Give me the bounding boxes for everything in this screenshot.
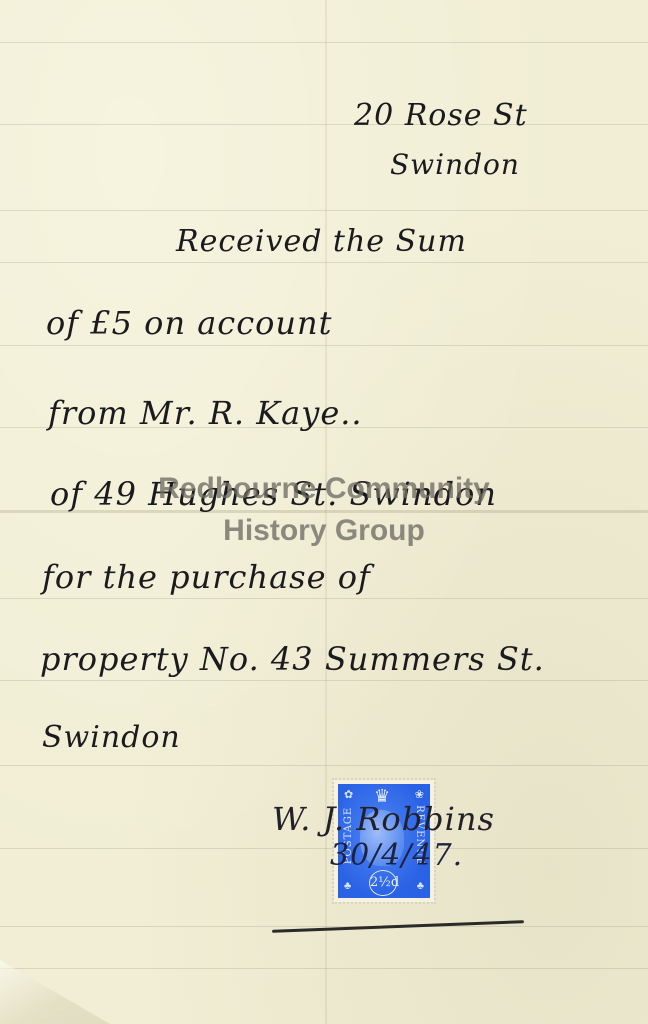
ruled-line (0, 598, 648, 599)
shamrock-icon: ♣ (417, 880, 424, 892)
address-line-2: Swindon (390, 148, 520, 181)
folded-corner (0, 960, 110, 1024)
ruled-line (0, 968, 648, 969)
receipt-document: 20 Rose St Swindon Received the Sum of £… (0, 0, 648, 1024)
ruled-line (0, 124, 648, 125)
watermark-line-1: Redbourne Community (0, 472, 648, 506)
ruled-line (0, 210, 648, 211)
ruled-line (0, 848, 648, 849)
ruled-line (0, 262, 648, 263)
body-line: from Mr. R. Kaye.. (48, 394, 363, 432)
ruled-line (0, 765, 648, 766)
body-line: for the purchase of (42, 558, 371, 596)
stamp-value: 2½d (369, 870, 397, 896)
shamrock-icon: ♣ (344, 880, 351, 892)
ruled-line (0, 345, 648, 346)
signature-date: 30/4/47. (330, 838, 463, 873)
body-line: Swindon (42, 720, 181, 755)
body-line: of £5 on account (46, 304, 332, 342)
watermark-line-2: History Group (0, 514, 648, 548)
body-line: Received the Sum (176, 224, 467, 259)
ruled-line (0, 680, 648, 681)
address-line-1: 20 Rose St (354, 98, 528, 133)
signature: W. J. Robbins (272, 800, 495, 838)
ruled-line (0, 42, 648, 43)
body-line: property No. 43 Summers St. (40, 640, 545, 678)
